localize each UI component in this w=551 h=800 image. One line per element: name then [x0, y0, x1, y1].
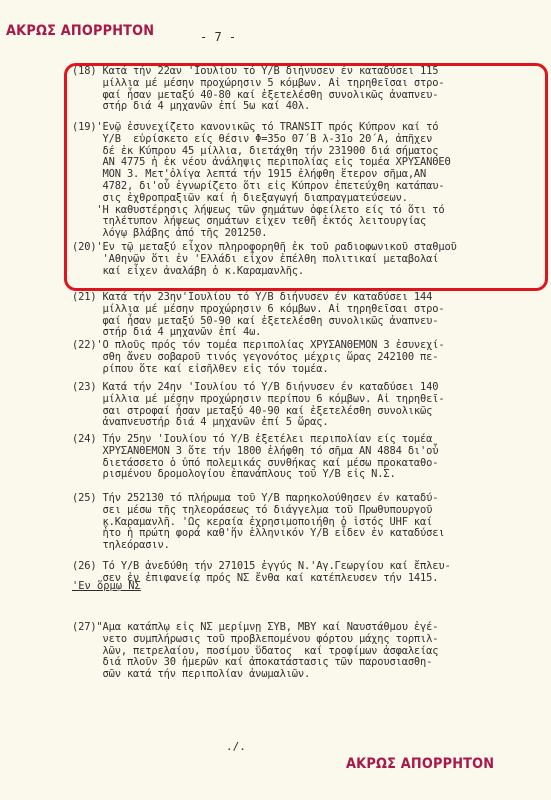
- section-heading: 'Εν ὅρμῳ ΝΣ: [72, 580, 141, 592]
- text-line: σθη ἄνευ σοβαροῦ τινός γεγονότος μέχρις …: [72, 352, 444, 364]
- paragraph-19: (19)'Ενῷ ἐσυνεχίζετο κανονικῶς τό TRANSI…: [72, 122, 451, 240]
- continuation-mark: ./.: [226, 740, 246, 753]
- page-number: - 7 -: [200, 30, 236, 44]
- paragraph-22: (22)'Ο πλοῦς πρός τόν τομέα περιπολίας Χ…: [72, 340, 444, 375]
- text-line: 4782, δι'οὗ ἐγνωρίζετο ὅτι εἰς Κύπρον ἐπ…: [72, 181, 451, 193]
- paragraph-24: (24) Τήν 25ην 'Ιουλίου τό Υ/Β ἐξετέλει π…: [72, 434, 438, 481]
- paragraph-23: (23) Κατά τήν 24ην 'Ιουλίου τό Υ/Β διήνυ…: [72, 382, 444, 429]
- text-line: στήρ διά 4 μηχανῶν ἐπί 4ω.: [72, 327, 444, 339]
- classification-stamp-top: ΑΚΡΩΣ ΑΠΟΡΡΗΤΟΝ: [6, 23, 154, 39]
- text-line: ρισμένου δρομολογίου ἐπανάπλους τοῦ Υ/Β …: [72, 469, 438, 481]
- text-line: ΧΡΥΣΑΝΘΕΜΟΝ 3 ὅτε τήν 1800 ἐλήφθη τό σῆμ…: [72, 446, 438, 458]
- text-line: σει μέσω τῆς τηλεοράσεως τό διάγγελμα το…: [72, 505, 444, 517]
- text-line: μίλλια μέ μέσην προχώρησιν 5 κόμβων. Αἱ …: [72, 78, 444, 90]
- paragraph-27: (27)"Αμα κατάπλῳ εἰς ΝΣ μερίμνῃ ΣΥΒ, ΜΒΥ…: [72, 622, 438, 681]
- text-line: καί εἶχεν ἀναλάβη ὁ κ.Καραμανλῆς.: [72, 266, 457, 278]
- paragraph-25: (25) Τήν 252130 τό πλήρωμα τοῦ Υ/Β παρηκ…: [72, 493, 444, 552]
- text-line: τηλεόρασιν.: [72, 540, 444, 552]
- classification-stamp-bottom: ΑΚΡΩΣ ΑΠΟΡΡΗΤΟΝ: [346, 756, 494, 772]
- paragraph-18: (18) Κατά τήν 22αν 'Ιουλίου τό Υ/Β διήνυ…: [72, 66, 444, 113]
- text-line: Υ/Β εὑρίσκετο είς θέσιν Φ=35ο 07΄Β λ-31ο…: [72, 134, 451, 146]
- paragraph-20: (20)'Εν τῷ μεταξύ εἶχον πληροφορηθῆ ἐκ τ…: [72, 242, 457, 277]
- text-line: λόγῳ βλάβης ἀπό τῆς 201250.: [72, 228, 451, 240]
- text-line: στήρ διά 4 μηχανῶν ἐπί 5ω καί 40λ.: [72, 101, 444, 113]
- text-line: μίλλια μέ μέσην προχώρησιν περίπου 6 κόμ…: [72, 394, 444, 406]
- text-line: νετο συμπλήρωσις τοῦ προβλεπομένου φόρτο…: [72, 634, 438, 646]
- paragraph-21: (21) Κατά τήν 23ην'Ιουλίου τό Υ/Β διήνυσ…: [72, 292, 444, 339]
- text-line: σῶν κατά τήν περιπολίαν ἀνωμαλιῶν.: [72, 669, 438, 681]
- text-line: σις ἐχθροπραξιῶν καί ἡ διεξαγωγή διαπραγ…: [72, 193, 451, 205]
- text-line: ἀναπνευστήρ διά 4 μηχανῶν ἐπί 5 ὥρας.: [72, 417, 444, 429]
- text-line: ρίπου ὅτε καί εἰσῆλθεν εἰς τόν τομέα.: [72, 364, 444, 376]
- text-line: μίλλια μέ μέσην προχώρησιν 6 κόμβων. Αἱ …: [72, 304, 444, 316]
- text-line: 'Αθηνῶν ὅτι ἐν 'Ελλάδι εἶχον ἐπέλθη πολι…: [72, 254, 457, 266]
